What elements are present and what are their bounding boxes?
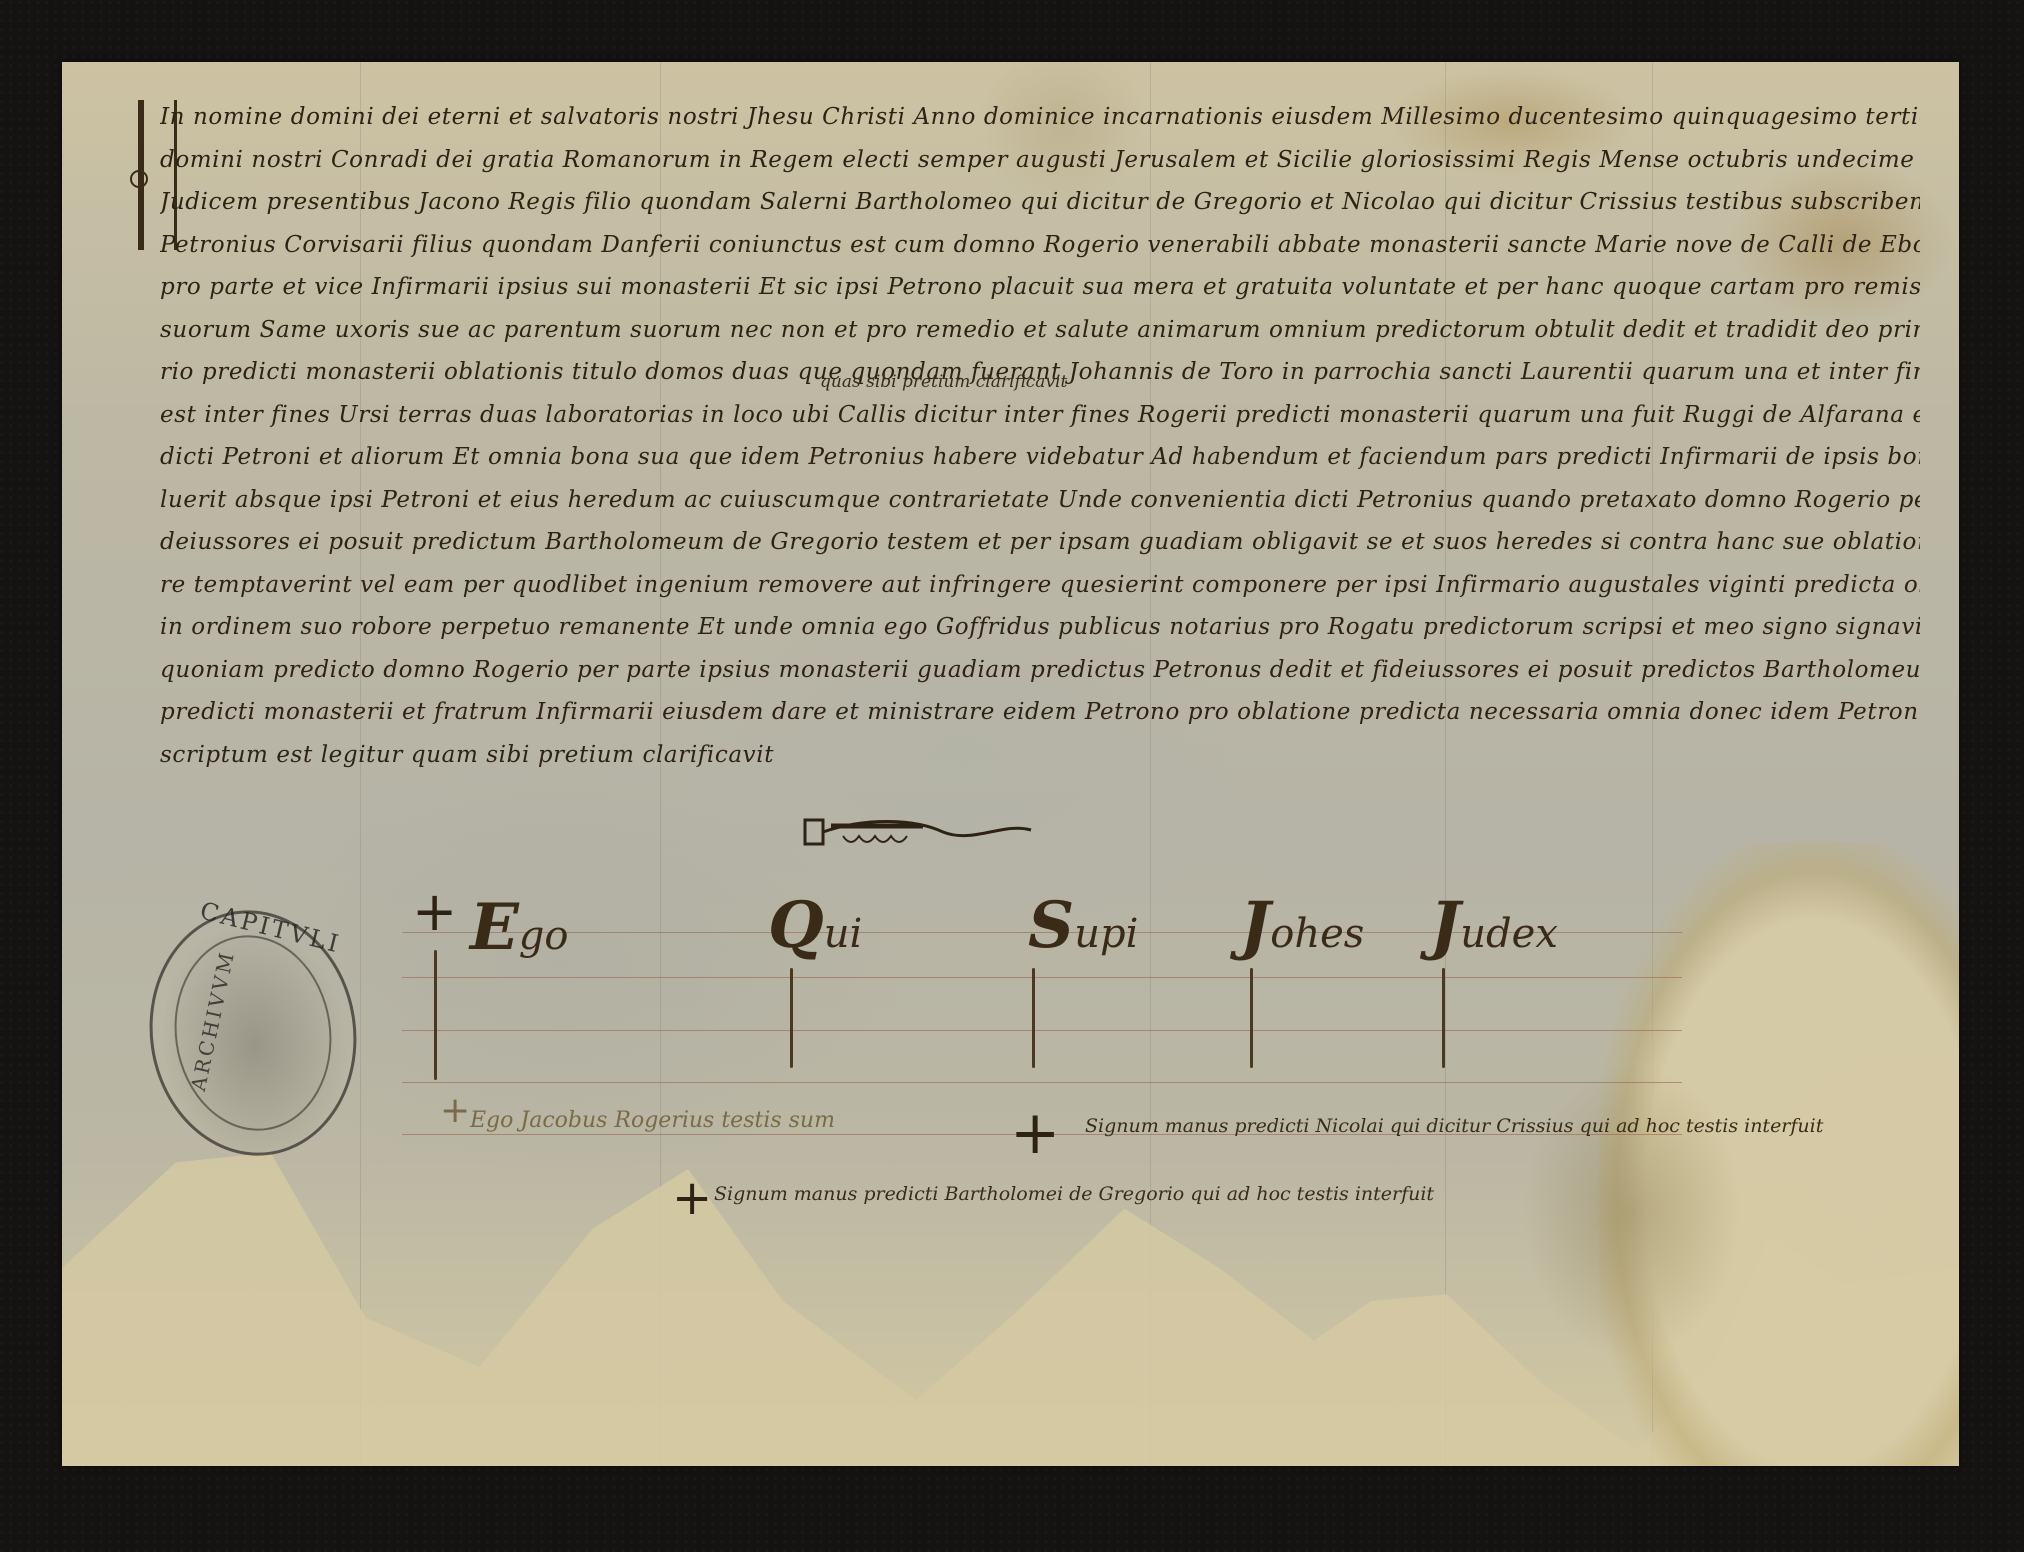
witness-cross-icon: + [672, 1170, 712, 1226]
subscription-supi: Supi [1028, 888, 1138, 963]
body-line-14: quoniam predicto domno Rogerio per parte… [160, 649, 1920, 692]
signum-cross-icon: + [412, 880, 457, 943]
seal-inner-ring [162, 925, 344, 1141]
interlinear-note: quas sibi pretium clarificavit [820, 372, 1067, 392]
descender-stroke [1250, 968, 1253, 1068]
body-line-5: pro parte et vice Infirmarii ipsius sui … [160, 266, 1920, 309]
subscription-qui: Qui [768, 888, 862, 963]
body-line-4: Petronius Corvisarii filius quondam Danf… [160, 224, 1920, 267]
witness-line-1: Ego Jacobus Rogerius testis sum [470, 1108, 835, 1133]
body-line-9: dicti Petroni et aliorum Et omnia bona s… [160, 436, 1920, 479]
body-line-13: in ordinem suo robore perpetuo remanente… [160, 606, 1920, 649]
body-line-11: deiussores ei posuit predictum Bartholom… [160, 521, 1920, 564]
body-line-1: In nomine domini dei eterni et salvatori… [160, 96, 1920, 139]
water-stain-dark [1522, 1062, 1742, 1362]
notarial-flourish-icon [803, 812, 1033, 852]
ruled-line [402, 1082, 1682, 1083]
body-line-6: suorum Same uxoris sue ac parentum suoru… [160, 309, 1920, 352]
descender-stroke [790, 968, 793, 1068]
body-line-8: est inter fines Ursi terras duas laborat… [160, 394, 1920, 437]
subscription-johes: Johes [1240, 888, 1364, 963]
body-line-16: scriptum est legitur quam sibi pretium c… [160, 734, 800, 777]
body-line-12: re temptaverint vel eam per quodlibet in… [160, 564, 1920, 607]
body-line-2: domini nostri Conradi dei gratia Romanor… [160, 139, 1920, 182]
subscription-judex: Judex [1430, 888, 1558, 963]
ruled-line [402, 1030, 1682, 1031]
descender-stroke [434, 950, 437, 1080]
descender-stroke [1442, 968, 1445, 1068]
body-line-3: Judicem presentibus Jacono Regis filio q… [160, 181, 1920, 224]
subscription-ego: Ego [470, 890, 568, 965]
body-line-10: luerit absque ipsi Petroni et eius hered… [160, 479, 1920, 522]
witness-cross-icon: + [1010, 1098, 1060, 1168]
body-line-15: predicti monasterii et fratrum Infirmari… [160, 691, 1920, 734]
ruled-line [402, 977, 1682, 978]
witness-line-2: Signum manus predicti Nicolai qui dicitu… [1085, 1115, 1823, 1137]
witness-cross-icon: + [440, 1090, 470, 1131]
descender-stroke [1032, 968, 1035, 1068]
charter-body: In nomine domini dei eterni et salvatori… [160, 96, 1920, 776]
witness-line-3: Signum manus predicti Bartholomei de Gre… [714, 1183, 1434, 1205]
